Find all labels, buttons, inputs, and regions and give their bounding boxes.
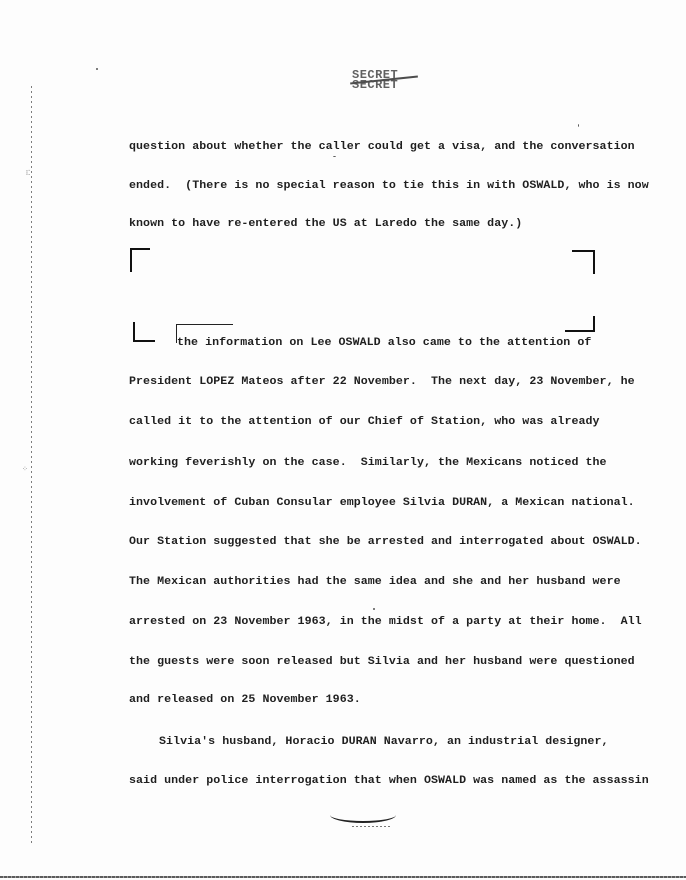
body-text-line: Our Station suggested that she be arrest… [129,535,642,549]
document-page: ⁞⁚ ⁘ SECRET SECRET question about whethe… [0,0,686,880]
redaction-bracket-top-right [572,250,595,274]
scan-speck [373,608,375,610]
scan-speck [578,124,579,127]
footer-faint-mark [352,826,392,827]
margin-smudge: ⁞⁚ [26,170,30,176]
body-text-line: Silvia's husband, Horacio DURAN Navarro,… [159,735,608,749]
redaction-bracket-top-left [130,248,150,272]
scan-speck [96,68,98,70]
body-text-line: working feverishly on the case. Similarl… [129,456,607,470]
body-text-line: involvement of Cuban Consular employee S… [129,496,635,510]
body-text-line: President LOPEZ Mateos after 22 November… [129,375,635,389]
left-margin-binding-line [31,86,32,846]
classification-marking: SECRET SECRET [352,70,422,94]
body-text-line: known to have re-entered the US at Lared… [129,217,522,231]
body-text-line: the guests were soon released but Silvia… [129,655,635,669]
body-text-line: question about whether the caller could … [129,140,635,154]
body-text-line: The Mexican authorities had the same ide… [129,575,621,589]
body-text-line: said under police interrogation that whe… [129,774,649,788]
scan-speck [333,156,336,157]
body-text-line: arrested on 23 November 1963, in the mid… [129,615,642,629]
margin-smudge: ⁘ [22,466,28,472]
redaction-bracket-bottom-left [133,322,155,342]
body-text-line: the information on Lee OSWALD also came … [177,336,591,350]
body-text-line: called it to the attention of our Chief … [129,415,600,429]
footer-handwritten-mark [330,815,396,823]
body-text-line: and released on 25 November 1963. [129,693,361,707]
body-text-line: ended. (There is no special reason to ti… [129,179,649,193]
scan-bottom-edge [0,876,686,878]
redaction-bracket-bottom-right [565,316,595,332]
